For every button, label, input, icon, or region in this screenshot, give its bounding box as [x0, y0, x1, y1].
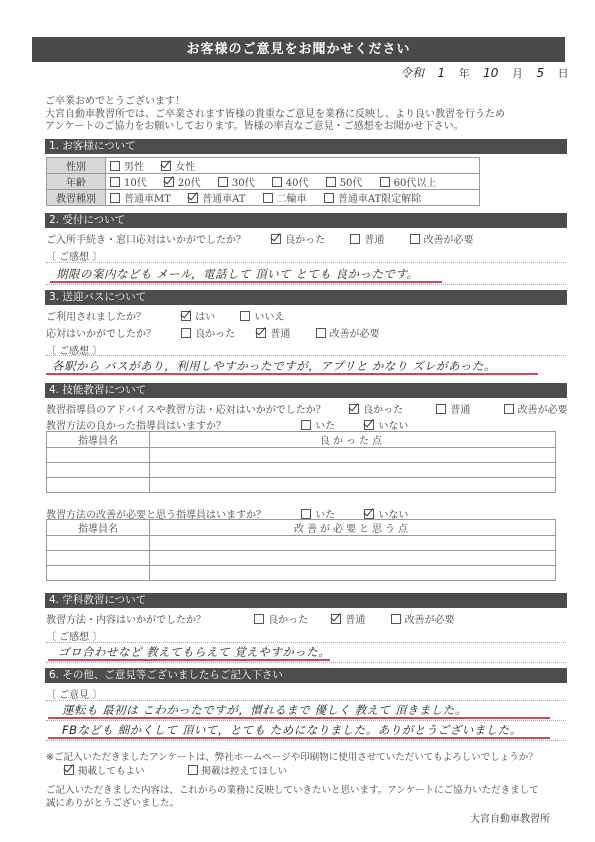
option-label: 60代以上 [394, 178, 437, 189]
red-underline [48, 717, 550, 719]
writing-line [46, 642, 566, 643]
checkbox-checked-icon[interactable] [256, 328, 266, 338]
option-good[interactable]: 良かった [271, 231, 325, 246]
checkbox-icon[interactable] [110, 193, 120, 203]
option-50s[interactable]: 50代 [326, 174, 363, 189]
option-at-limit-removal[interactable]: 普通車AT限定解除 [324, 190, 421, 205]
option-needs-improvement[interactable]: 改善が必要 [391, 611, 455, 626]
checkbox-checked-icon[interactable] [364, 420, 374, 430]
instructor-name-cell[interactable] [47, 448, 150, 463]
question-text: 教習方法・内容はいかがでしたか？ [46, 611, 251, 626]
section-heading-reception: 2. 受付について [45, 213, 567, 228]
intro-text: ご卒業おめでとうございます！ 大宮自動車教習所では、ご卒業されます皆様の貴重なご… [45, 96, 505, 134]
instructor-name-cell[interactable] [47, 478, 150, 493]
checkbox-checked-icon[interactable] [161, 161, 171, 171]
checkbox-icon[interactable] [410, 234, 420, 244]
option-male[interactable]: 男性 [110, 158, 144, 173]
table-header-row: 指導員名 良かった点 [47, 432, 556, 448]
date-year-unit: 年 [459, 67, 470, 80]
writing-line [46, 740, 566, 741]
section-heading-customer: 1. お客様について [45, 139, 567, 154]
column-header-good-points: 良かった点 [150, 432, 556, 448]
column-header-instructor: 指導員名 [47, 520, 150, 536]
other-remark-line-2[interactable]: FBなども 細かくして 頂いて，とても ためになりました。ありがとうございました… [62, 722, 522, 738]
table-row[interactable] [47, 551, 556, 566]
option-label: 改善が必要 [518, 405, 568, 416]
checkbox-icon[interactable] [110, 177, 120, 187]
date-year: 1 [438, 66, 446, 80]
table-row-course: 教習種別 普通車MT 普通車AT 二輪車 普通車AT限定解除 [47, 190, 480, 206]
writing-line [46, 284, 566, 285]
table-row[interactable] [47, 566, 556, 581]
option-label: 普通車AT [202, 194, 245, 205]
signature: 大宮自動車教習所 [470, 810, 550, 825]
checkbox-checked-icon[interactable] [188, 193, 198, 203]
course-options: 普通車MT 普通車AT 二輪車 普通車AT限定解除 [106, 190, 480, 206]
option-mt[interactable]: 普通車MT [110, 190, 171, 205]
option-label: 改善が必要 [405, 615, 455, 626]
instructor-name-cell[interactable] [47, 551, 150, 566]
consent-question: ※ご記入いただきましたアンケートは、弊社ホームページや印刷物に使用させていただい… [46, 749, 538, 763]
option-label: 掲載してもよい [78, 766, 145, 777]
improvement-points-cell[interactable] [150, 536, 556, 551]
row-label: 性別 [47, 158, 106, 174]
red-underline [48, 737, 550, 739]
option-20s[interactable]: 20代 [164, 174, 201, 189]
section-heading-other-comments: 6. その他、ご意見等ございましたらご記入下さい [45, 668, 567, 683]
option-label: 40代 [286, 178, 309, 189]
improve-instructor-table: 指導員名 改善が必要と思う点 [46, 519, 556, 581]
checkbox-checked-icon[interactable] [364, 509, 374, 519]
checkbox-icon[interactable] [436, 404, 446, 414]
date-day-unit: 日 [558, 67, 569, 80]
good-instructor-table: 指導員名 良かった点 [46, 431, 556, 493]
option-motorcycle[interactable]: 二輪車 [263, 190, 307, 205]
option-normal[interactable]: 普通 [331, 611, 365, 626]
classroom-question: 教習方法・内容はいかがでしたか？ 良かった 普通 改善が必要 [46, 611, 469, 626]
good-points-cell[interactable] [150, 463, 556, 478]
table-row-age: 年齢 10代 20代 30代 40代 50代 60代以上 [47, 174, 480, 190]
checkbox-checked-icon[interactable] [349, 404, 359, 414]
instructor-name-cell[interactable] [47, 463, 150, 478]
checkbox-checked-icon[interactable] [271, 234, 281, 244]
writing-line [46, 720, 566, 721]
remark-label: 〔 ご感想 〕 [46, 248, 102, 263]
writing-line [46, 662, 566, 663]
checkbox-icon[interactable] [380, 177, 390, 187]
option-normal[interactable]: 普通 [436, 401, 470, 416]
red-underline [48, 659, 330, 661]
closing-line: 誠にありがとうございました。 [46, 797, 539, 810]
writing-line [46, 700, 566, 701]
option-label: 良かった [285, 235, 325, 246]
bus-remark[interactable]: 各駅から バスがあり，利用しやすかったですが，アプリと かなり ズレがあった。 [52, 358, 496, 374]
option-30s[interactable]: 30代 [218, 174, 255, 189]
checkbox-icon[interactable] [181, 328, 191, 338]
checkbox-icon[interactable] [254, 614, 264, 624]
red-underline [46, 373, 538, 375]
remark-label: 〔 ご意見 〕 [46, 686, 102, 701]
option-no-there-wasnt[interactable]: いない [364, 417, 408, 432]
row-label: 教習種別 [47, 190, 106, 206]
option-yes-there-was[interactable]: いた [301, 417, 335, 432]
checkbox-icon[interactable] [272, 177, 282, 187]
option-label: 改善が必要 [424, 235, 474, 246]
checkbox-icon[interactable] [324, 193, 334, 203]
writing-line [46, 262, 566, 263]
question-text: ご利用されましたか？ [46, 308, 178, 323]
option-60s-plus[interactable]: 60代以上 [380, 174, 437, 189]
checkbox-icon[interactable] [301, 420, 311, 430]
option-label: いいえ [254, 312, 284, 323]
option-decline-publish[interactable]: 掲載は控えてほしい [188, 763, 288, 777]
column-header-improvement-points: 改善が必要と思う点 [150, 520, 556, 536]
checkbox-icon[interactable] [350, 234, 360, 244]
date-era: 令和 [400, 66, 424, 80]
reception-question: ご入所手続き・窓口応対はいかがでしたか？ 良かった 普通 改善が必要 [46, 231, 488, 246]
intro-line: ご卒業おめでとうございます！ [45, 96, 505, 109]
instructor-advice-question: 教習指導員のアドバイスや教習方法・応対はいかがでしたか？ 良かった 普通 改善が… [46, 401, 582, 416]
good-points-cell[interactable] [150, 448, 556, 463]
option-label: 良かった [268, 615, 308, 626]
option-label: はい [195, 312, 215, 323]
option-label: 良かった [363, 405, 403, 416]
bus-service-question: 応対はいかがでしたか？ 良かった 普通 改善が必要 [46, 325, 394, 340]
question-text: 応対はいかがでしたか？ [46, 325, 178, 340]
option-40s[interactable]: 40代 [272, 174, 309, 189]
row-label: 年齢 [47, 174, 106, 190]
checkbox-checked-icon[interactable] [64, 765, 74, 775]
option-label: 普通車AT限定解除 [338, 194, 421, 205]
other-remark-line-1[interactable]: 運転も 最初は こわかったですが，慣れるまで 優しく 教えて 頂きました。 [62, 702, 467, 718]
option-label: 20代 [178, 178, 201, 189]
closing-line: ご記入いただきました内容は、これからの業務に反映していきたいと思います。アンケー… [46, 784, 539, 797]
table-row[interactable] [47, 478, 556, 493]
option-allow-publish[interactable]: 掲載してもよい [64, 763, 145, 777]
intro-line: 大宮自動車教習所では、ご卒業されます皆様の貴重なご意見を業務に反映し、より良い教… [45, 109, 505, 122]
gender-options: 男性 女性 [106, 158, 480, 174]
checkbox-icon[interactable] [391, 614, 401, 624]
remark-label: 〔 ご感想 〕 [46, 628, 102, 643]
consent-options: 掲載してもよい 掲載は控えてほしい [64, 763, 301, 777]
checkbox-icon[interactable] [301, 509, 311, 519]
question-text: 教習方法の良かった指導員はいますか？ [46, 417, 298, 432]
option-female[interactable]: 女性 [161, 158, 195, 173]
table-row[interactable] [47, 536, 556, 551]
improvement-points-cell[interactable] [150, 566, 556, 581]
red-underline [50, 281, 442, 283]
classroom-remark[interactable]: ゴロ合わせなど 教えてもらえて 覚えやすかった。 [58, 644, 330, 660]
bus-used-question: ご利用されましたか？ はい いいえ [46, 308, 298, 323]
checkbox-icon[interactable] [218, 177, 228, 187]
good-instructor-question: 教習方法の良かった指導員はいますか？ いた いない [46, 417, 422, 432]
date-month-unit: 月 [512, 67, 523, 80]
option-normal[interactable]: 普通 [350, 231, 384, 246]
table-row[interactable] [47, 448, 556, 463]
option-label: 改善が必要 [330, 329, 380, 340]
option-label: 普通車MT [124, 194, 171, 205]
checkbox-icon[interactable] [240, 311, 250, 321]
instructor-name-cell[interactable] [47, 536, 150, 551]
writing-line [46, 355, 566, 356]
instructor-name-cell[interactable] [47, 566, 150, 581]
section-heading-driving-lessons: 4. 技能教習について [45, 383, 567, 398]
option-label: 普通 [364, 235, 384, 246]
option-good[interactable]: 良かった [349, 401, 403, 416]
option-label: 女性 [175, 162, 195, 173]
good-points-cell[interactable] [150, 478, 556, 493]
checkbox-checked-icon[interactable] [331, 614, 341, 624]
table-row-gender: 性別 男性 女性 [47, 158, 480, 174]
option-label: 10代 [124, 178, 147, 189]
option-no[interactable]: いいえ [240, 308, 284, 323]
checkbox-checked-icon[interactable] [164, 177, 174, 187]
checkbox-checked-icon[interactable] [181, 311, 191, 321]
customer-info-table: 性別 男性 女性 年齢 10代 20代 30代 40代 50代 60代以上 教習… [46, 157, 480, 206]
checkbox-icon[interactable] [326, 177, 336, 187]
option-label: 二輪車 [277, 194, 307, 205]
option-needs-improvement[interactable]: 改善が必要 [504, 401, 568, 416]
option-label: 普通 [345, 615, 365, 626]
option-good[interactable]: 良かった [254, 611, 308, 626]
option-label: 普通 [450, 405, 470, 416]
column-header-instructor: 指導員名 [47, 432, 150, 448]
option-label: 男性 [124, 162, 144, 173]
checkbox-icon[interactable] [263, 193, 273, 203]
intro-line: アンケートのご協力をお願いしております。皆様の率直なご意見・ご感想をお聞かせ下さ… [45, 121, 505, 134]
option-label: 50代 [340, 178, 363, 189]
page-title: お客様のご意見をお聞かせください [32, 37, 565, 62]
option-label: 普通 [270, 329, 290, 340]
age-options: 10代 20代 30代 40代 50代 60代以上 [106, 174, 480, 190]
checkbox-icon[interactable] [316, 328, 326, 338]
option-yes[interactable]: はい [181, 308, 215, 323]
checkbox-icon[interactable] [188, 765, 198, 775]
question-text: 教習指導員のアドバイスや教習方法・応対はいかがでしたか？ [46, 401, 346, 416]
closing-text: ご記入いただきました内容は、これからの業務に反映していきたいと思います。アンケー… [46, 784, 539, 810]
checkbox-icon[interactable] [110, 161, 120, 171]
option-label: 良かった [195, 329, 235, 340]
table-row[interactable] [47, 463, 556, 478]
option-at[interactable]: 普通車AT [188, 190, 245, 205]
table-header-row: 指導員名 改善が必要と思う点 [47, 520, 556, 536]
option-label: 掲載は控えてほしい [202, 766, 288, 777]
option-label: 30代 [232, 178, 255, 189]
option-normal[interactable]: 普通 [256, 325, 290, 340]
option-needs-improvement[interactable]: 改善が必要 [316, 325, 380, 340]
improvement-points-cell[interactable] [150, 551, 556, 566]
survey-date: 令和 1 年 10 月 5 日 [400, 64, 569, 81]
option-needs-improvement[interactable]: 改善が必要 [410, 231, 474, 246]
question-text: ご入所手続き・窓口応対はいかがでしたか？ [46, 231, 268, 246]
option-good[interactable]: 良かった [181, 325, 235, 340]
section-heading-shuttle-bus: 3. 送迎バスについて [45, 290, 567, 305]
reception-remark[interactable]: 期限の案内なども メール，電話して 頂いて とても 良かったです。 [56, 266, 419, 282]
date-day: 5 [536, 66, 544, 80]
option-10s[interactable]: 10代 [110, 174, 147, 189]
date-month: 10 [483, 66, 498, 80]
section-heading-classroom-lessons: 4. 学科教習について [45, 593, 567, 608]
checkbox-icon[interactable] [504, 404, 514, 414]
